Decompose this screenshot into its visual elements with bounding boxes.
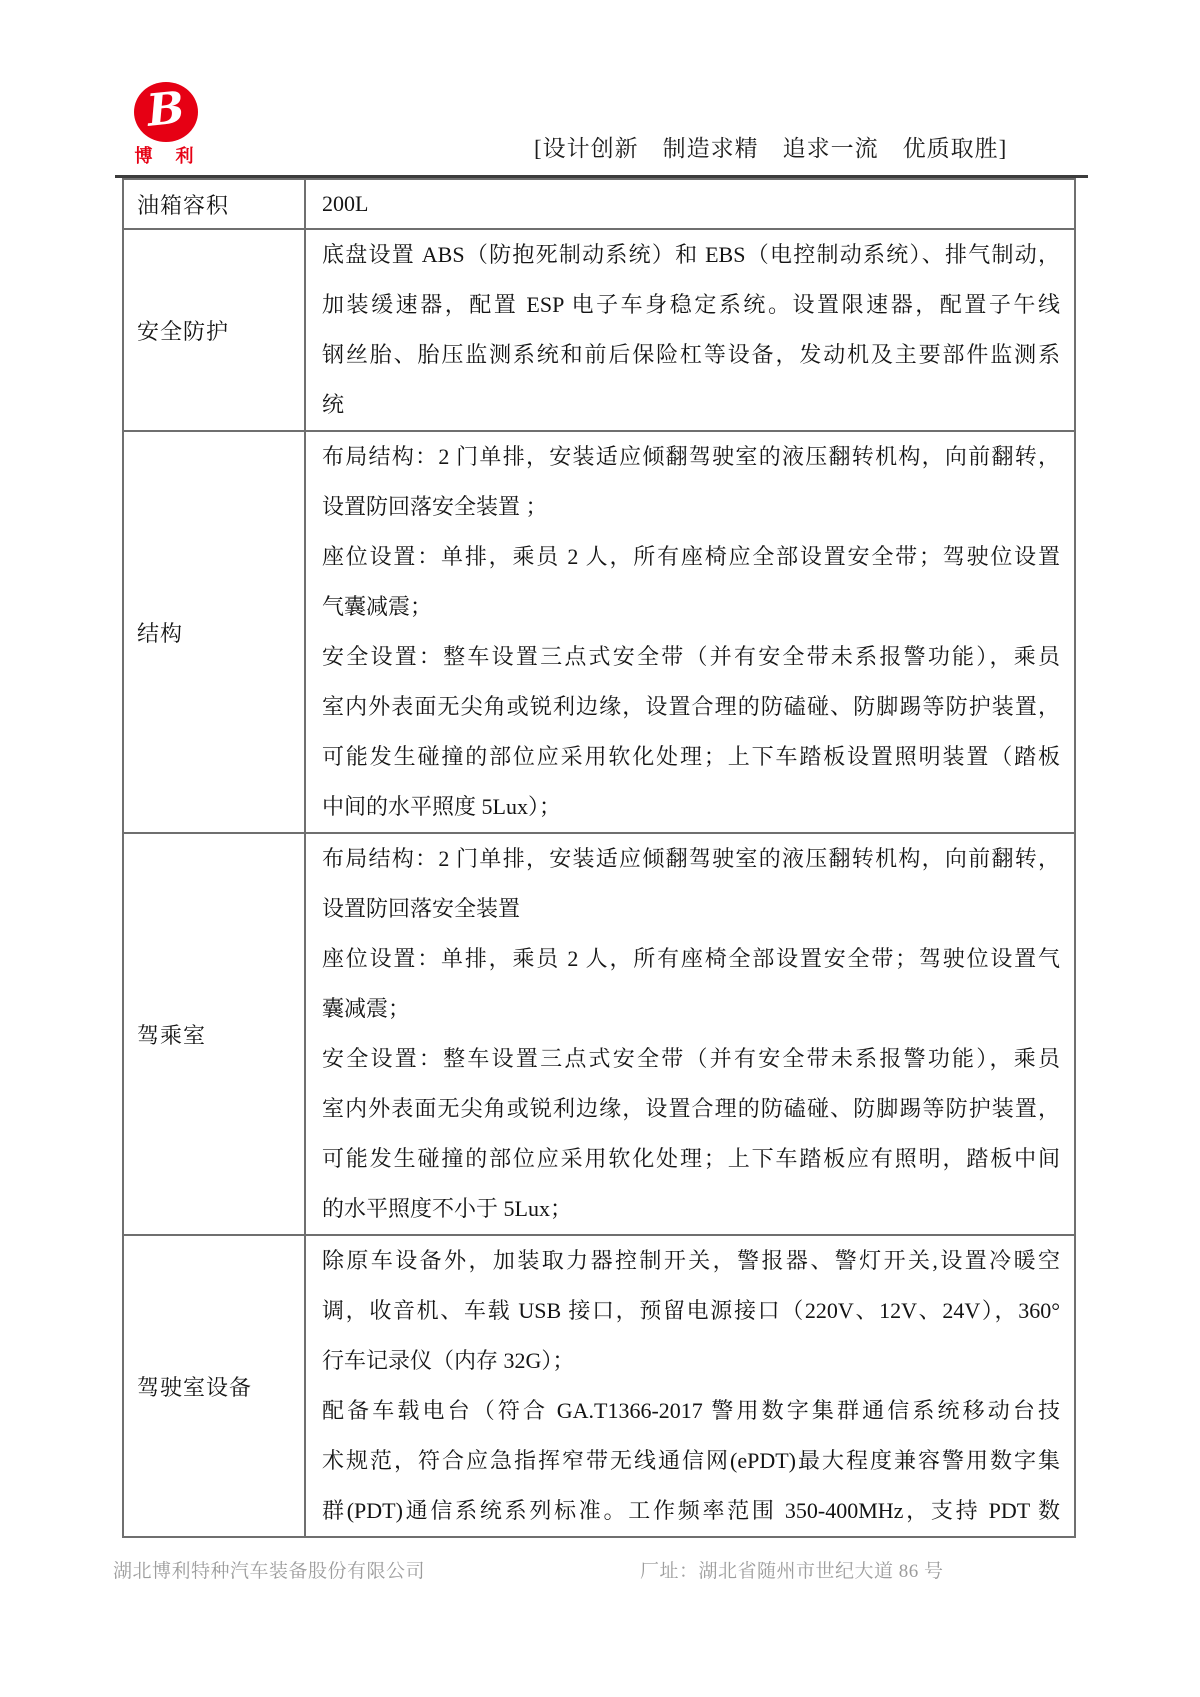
- content-line: 气囊减震；: [322, 582, 1060, 632]
- content-line: 室内外表面无尖角或锐利边缘，设置合理的防磕碰、防脚踢等防护装置，: [322, 682, 1060, 732]
- row-label: 驾乘室: [124, 834, 306, 1234]
- logo-b-glyph: B: [131, 77, 201, 143]
- row-label: 油箱容积: [124, 180, 306, 228]
- content-line: 可能发生碰撞的部位应采用软化处理；上下车踏板应有照明，踏板中间: [322, 1134, 1060, 1184]
- content-line: 室内外表面无尖角或锐利边缘，设置合理的防磕碰、防脚踢等防护装置，: [322, 1084, 1060, 1134]
- row-content: 布局结构：2 门单排，安装适应倾翻驾驶室的液压翻转机构，向前翻转，设置防回落安全…: [306, 834, 1074, 1234]
- content-line: 座位设置：单排，乘员 2 人，所有座椅全部设置安全带；驾驶位设置气: [322, 934, 1060, 984]
- content-line: 除原车设备外，加装取力器控制开关，警报器、警灯开关,设置冷暖空: [322, 1236, 1060, 1286]
- content-line: 安全设置：整车设置三点式安全带（并有安全带未系报警功能），乘员: [322, 632, 1060, 682]
- row-content: 200L: [306, 180, 1074, 228]
- document-page: { "header": { "logo": { "symbol": "B", "…: [0, 0, 1200, 1697]
- content-line: 布局结构：2 门单排，安装适应倾翻驾驶室的液压翻转机构，向前翻转，: [322, 432, 1060, 482]
- content-line: 座位设置：单排，乘员 2 人，所有座椅应全部设置安全带；驾驶位设置: [322, 532, 1060, 582]
- content-line: 的水平照度不小于 5Lux；: [322, 1184, 1060, 1234]
- table-row: 油箱容积200L: [124, 180, 1074, 228]
- row-label: 驾驶室设备: [124, 1236, 306, 1536]
- content-line: 统: [322, 380, 1060, 430]
- row-content: 布局结构：2 门单排，安装适应倾翻驾驶室的液压翻转机构，向前翻转，设置防回落安全…: [306, 432, 1074, 832]
- content-line: 安全设置：整车设置三点式安全带（并有安全带未系报警功能），乘员: [322, 1034, 1060, 1084]
- row-content: 底盘设置 ABS（防抱死制动系统）和 EBS（电控制动系统）、排气制动，加装缓速…: [306, 230, 1074, 430]
- content-line: 行车记录仪（内存 32G）；: [322, 1336, 1060, 1386]
- row-label: 结构: [124, 432, 306, 832]
- header-tagline: [设计创新 制造求精 追求一流 优质取胜]: [534, 130, 1007, 163]
- content-line: 调，收音机、车载 USB 接口，预留电源接口（220V、12V、24V），360…: [322, 1286, 1060, 1336]
- content-line: 配备车载电台（符合 GA.T1366-2017 警用数字集群通信系统移动台技: [322, 1386, 1060, 1436]
- logo-ellipse-icon: B: [134, 82, 198, 142]
- content-line: 囊减震；: [322, 984, 1060, 1034]
- content-line: 中间的水平照度 5Lux）；: [322, 782, 1060, 832]
- content-line: 200L: [322, 180, 1060, 228]
- table-row: 驾乘室布局结构：2 门单排，安装适应倾翻驾驶室的液压翻转机构，向前翻转，设置防回…: [124, 832, 1074, 1234]
- company-logo: B 博 利: [122, 82, 208, 168]
- content-line: 设置防回落安全装置 ；: [322, 482, 1060, 532]
- table-row: 结构布局结构：2 门单排，安装适应倾翻驾驶室的液压翻转机构，向前翻转，设置防回落…: [124, 430, 1074, 832]
- footer-factory-address: 厂址：湖北省随州市世纪大道 86 号: [640, 1556, 944, 1583]
- content-line: 可能发生碰撞的部位应采用软化处理；上下车踏板设置照明装置（踏板: [322, 732, 1060, 782]
- content-line: 群(PDT)通信系统系列标准。工作频率范围 350-400MHz，支持 PDT …: [322, 1486, 1060, 1536]
- spec-table: 油箱容积200L安全防护底盘设置 ABS（防抱死制动系统）和 EBS（电控制动系…: [122, 178, 1076, 1538]
- table-row: 安全防护底盘设置 ABS（防抱死制动系统）和 EBS（电控制动系统）、排气制动，…: [124, 228, 1074, 430]
- content-line: 布局结构：2 门单排，安装适应倾翻驾驶室的液压翻转机构，向前翻转，: [322, 834, 1060, 884]
- logo-text: 博 利: [122, 142, 208, 168]
- row-label: 安全防护: [124, 230, 306, 430]
- row-content: 除原车设备外，加装取力器控制开关，警报器、警灯开关,设置冷暖空调，收音机、车载 …: [306, 1236, 1074, 1536]
- content-line: 底盘设置 ABS（防抱死制动系统）和 EBS（电控制动系统）、排气制动，: [322, 230, 1060, 280]
- content-line: 钢丝胎、胎压监测系统和前后保险杠等设备，发动机及主要部件监测系: [322, 330, 1060, 380]
- content-line: 术规范，符合应急指挥窄带无线通信网(ePDT)最大程度兼容警用数字集: [322, 1436, 1060, 1486]
- footer-company-name: 湖北博利特种汽车装备股份有限公司: [113, 1556, 425, 1583]
- table-row: 驾驶室设备除原车设备外，加装取力器控制开关，警报器、警灯开关,设置冷暖空调，收音…: [124, 1234, 1074, 1536]
- content-line: 设置防回落安全装置: [322, 884, 1060, 934]
- content-line: 加装缓速器，配置 ESP 电子车身稳定系统。设置限速器，配置子午线: [322, 280, 1060, 330]
